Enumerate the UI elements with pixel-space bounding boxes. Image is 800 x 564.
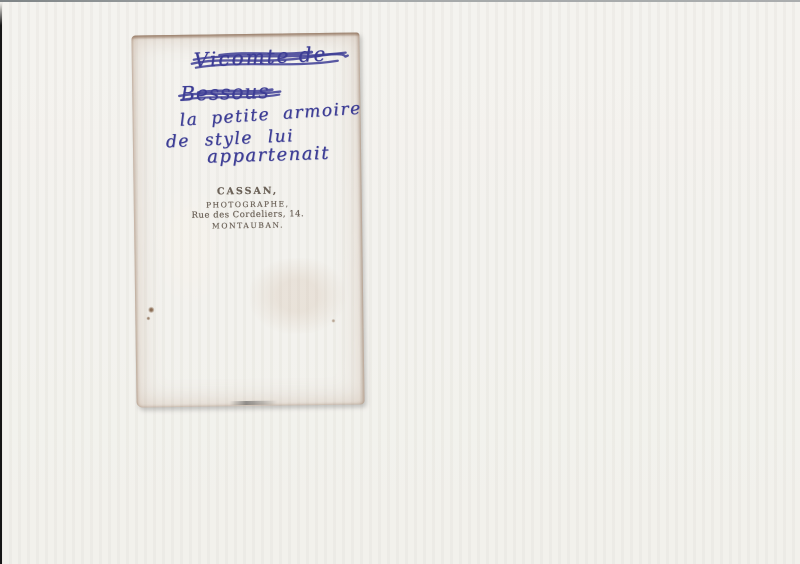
paper-stain-patch <box>250 258 346 334</box>
ink-speck <box>146 316 150 320</box>
ink-speck <box>148 306 154 313</box>
strikethrough-scribble-1 <box>188 47 352 77</box>
scanner-edge-top <box>0 0 800 2</box>
scanner-bed-background: Vicomte de Bessous la petite armoire de … <box>0 0 800 564</box>
card-top-edge-shading <box>131 32 359 39</box>
photographer-stamp: CASSAN, PHOTOGRAPHE, Rue des Cordeliers,… <box>134 184 363 231</box>
bottom-edge-smudge <box>230 401 278 406</box>
handwritten-line-5: appartenait <box>207 145 330 167</box>
photographer-name: CASSAN, <box>134 184 362 198</box>
paper-speck <box>331 319 335 323</box>
scanner-edge-left <box>0 3 2 564</box>
photo-card-back: Vicomte de Bessous la petite armoire de … <box>131 32 364 407</box>
strikethrough-scribble-2 <box>176 83 284 107</box>
photographer-city: MONTAUBAN. <box>134 219 362 231</box>
